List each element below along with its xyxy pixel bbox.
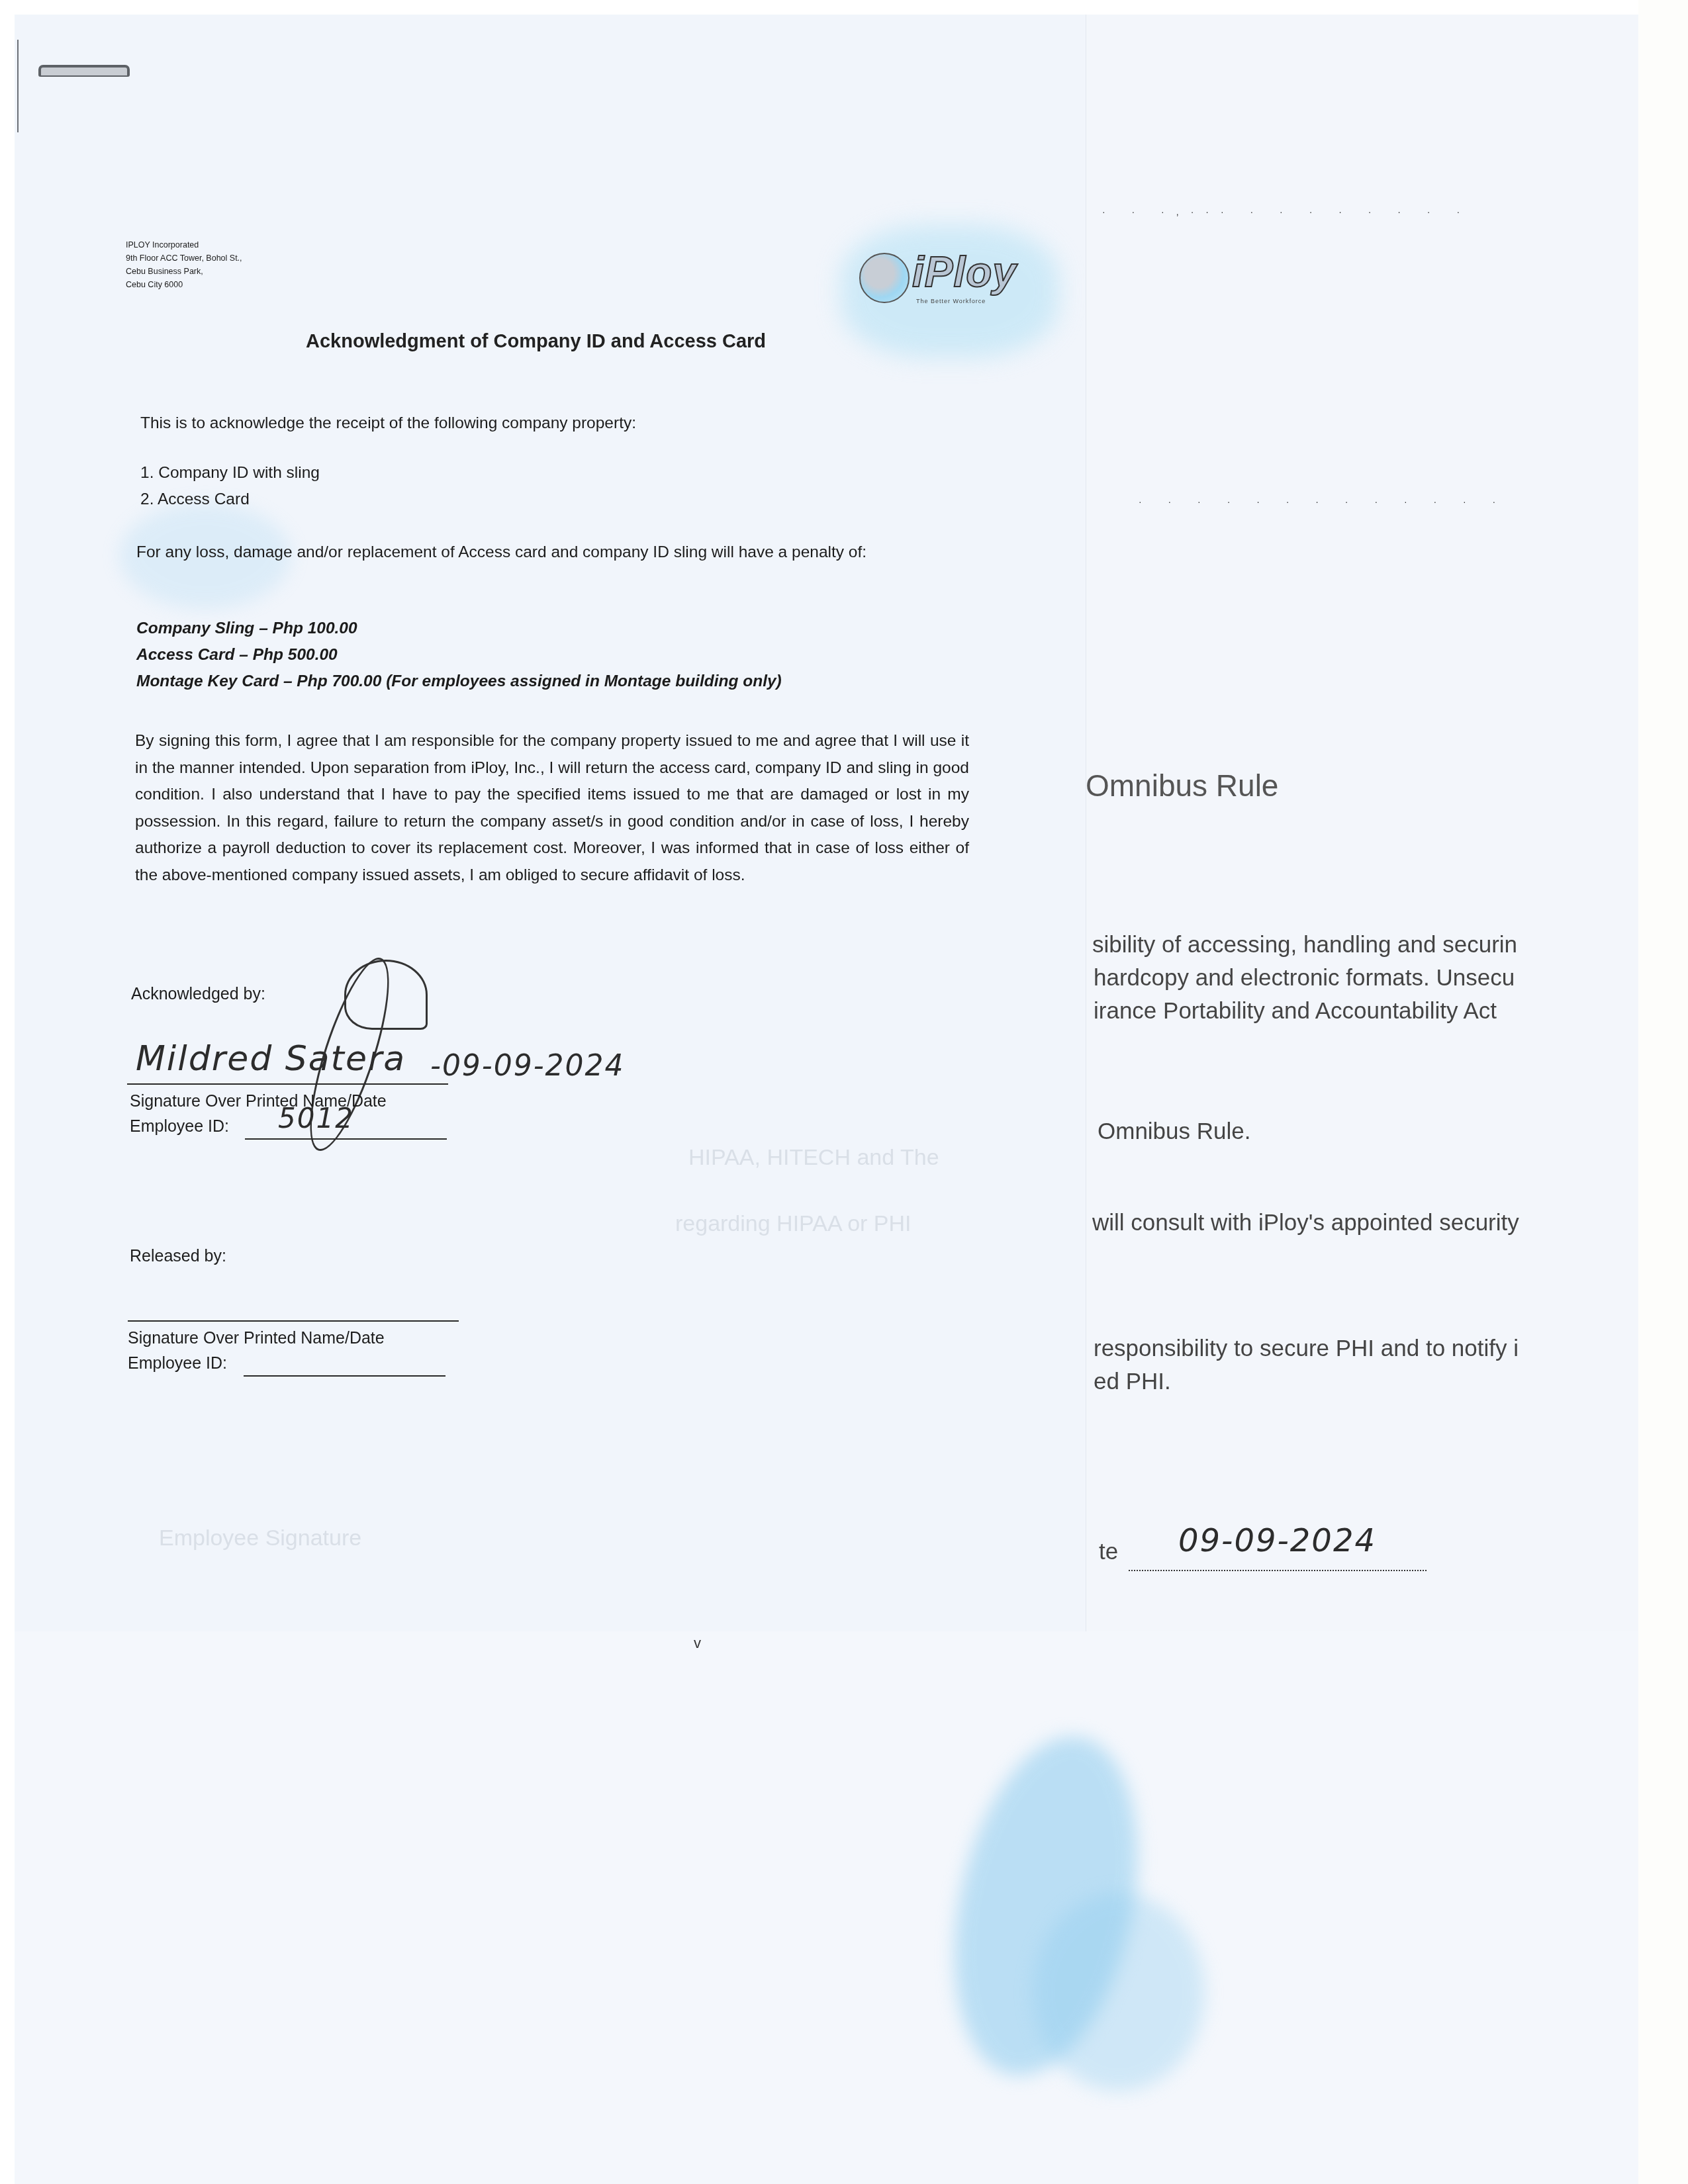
intro-text: This is to acknowledge the receipt of th… <box>140 410 636 437</box>
scan-noise: · · ·,··· · · · · · · · · <box>1102 206 1472 217</box>
employee-id-label: Employee ID: <box>130 1117 229 1136</box>
scan-edge-mark <box>17 40 19 132</box>
released-by-label: Released by: <box>130 1247 226 1266</box>
penalty-text: For any loss, damage and/or replacement … <box>136 539 984 566</box>
ink-blob <box>1033 1893 1205 2091</box>
address-line-1: 9th Floor ACC Tower, Bohol St., <box>126 251 242 265</box>
globe-icon <box>859 253 910 303</box>
scan-margin <box>1638 0 1688 2184</box>
staple-icon <box>38 65 130 77</box>
date-line <box>1129 1570 1427 1571</box>
ghost-text: Employee Signature <box>159 1525 361 1551</box>
chevron-down-mark: v <box>694 1635 701 1652</box>
acknowledged-by-label: Acknowledged by: <box>131 985 265 1004</box>
address-line-3: Cebu City 6000 <box>126 278 242 291</box>
penalty-item: Access Card – Php 500.00 <box>136 642 782 668</box>
lower-sheet-area <box>15 1631 1638 2184</box>
logo-tagline: The Better Workforce <box>916 298 986 304</box>
signature-scribble <box>344 960 428 1030</box>
signature-line <box>128 1320 459 1322</box>
overlay-heading-fragment: Omnibus Rule <box>1086 768 1278 803</box>
signature-caption: Signature Over Printed Name/Date <box>128 1329 385 1348</box>
logo-wordmark: iPloy <box>912 248 1017 296</box>
overlay-line: sibility of accessing, handling and secu… <box>1092 932 1517 958</box>
company-name: IPLOY Incorporated <box>126 238 242 251</box>
address-line-2: Cebu Business Park, <box>126 265 242 278</box>
overlay-page-background <box>1086 15 1639 1646</box>
handwritten-date: -09-09-2024 <box>430 1049 625 1083</box>
overlay-line: will consult with iPloy's appointed secu… <box>1092 1210 1519 1236</box>
ghost-text: HIPAA, HITECH and The <box>688 1145 939 1171</box>
overlay-line: Omnibus Rule. <box>1098 1118 1250 1145</box>
date-label-fragment: te <box>1099 1539 1118 1565</box>
company-address: IPLOY Incorporated 9th Floor ACC Tower, … <box>126 238 242 291</box>
overlay-line: irance Portability and Accountability Ac… <box>1094 998 1497 1024</box>
penalty-item: Company Sling – Php 100.00 <box>136 615 782 642</box>
agreement-paragraph: By signing this form, I agree that I am … <box>135 728 969 889</box>
handwritten-name: Mildred Satera <box>136 1039 406 1079</box>
handwritten-date: 09-09-2024 <box>1178 1522 1376 1559</box>
signature-line <box>127 1083 448 1085</box>
overlay-line: ed PHI. <box>1094 1369 1171 1395</box>
employee-id-line <box>244 1375 445 1377</box>
property-item: 1. Company ID with sling <box>140 460 320 486</box>
overlay-line: responsibility to secure PHI and to noti… <box>1094 1336 1519 1362</box>
penalty-item: Montage Key Card – Php 700.00 (For emplo… <box>136 668 782 695</box>
document-title: Acknowledgment of Company ID and Access … <box>306 331 766 353</box>
property-list: 1. Company ID with sling 2. Access Card <box>140 460 320 513</box>
employee-id-value: 5012 <box>278 1102 354 1134</box>
scan-noise: · · · · · · · · · · · · · <box>1139 496 1507 507</box>
company-logo: iPloy The Better Workforce <box>854 245 1026 311</box>
ghost-text: regarding HIPAA or PHI <box>675 1211 912 1237</box>
employee-id-label: Employee ID: <box>128 1354 227 1373</box>
employee-id-line <box>245 1138 447 1140</box>
property-item: 2. Access Card <box>140 486 320 513</box>
penalty-list: Company Sling – Php 100.00 Access Card –… <box>136 615 782 695</box>
overlay-line: hardcopy and electronic formats. Unsecu <box>1094 965 1515 991</box>
